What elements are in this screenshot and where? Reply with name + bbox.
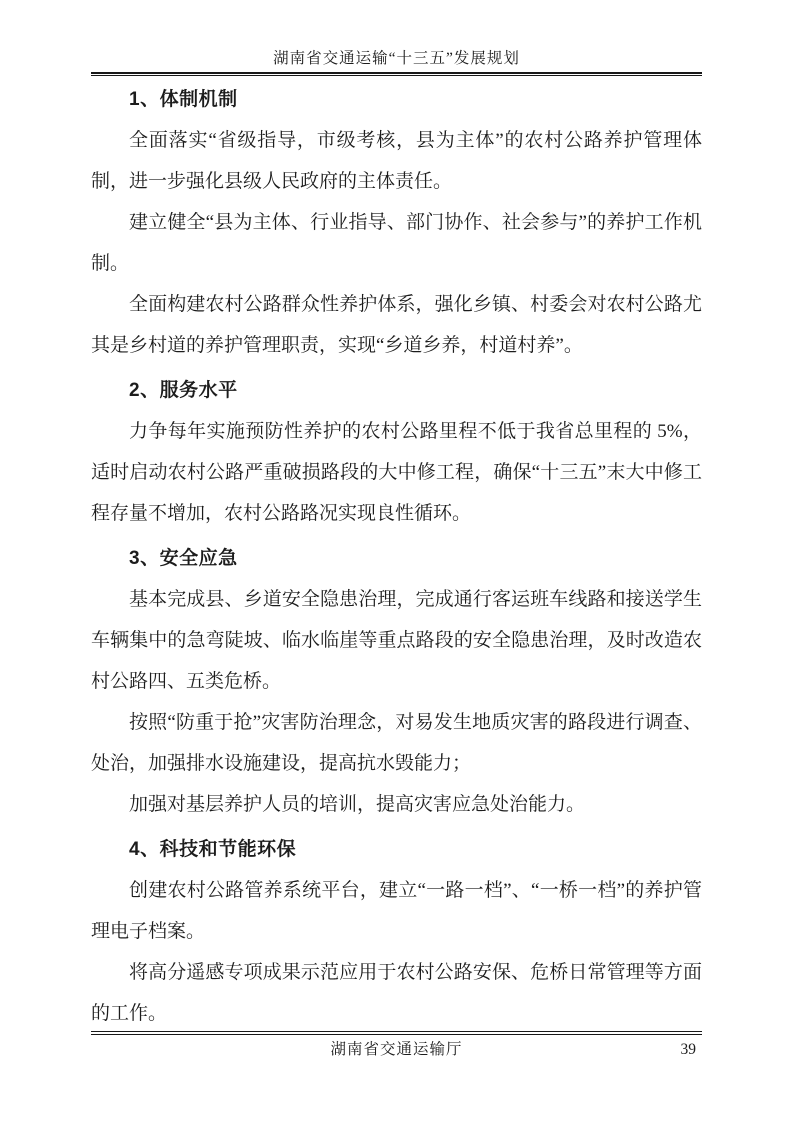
header-title: 湖南省交通运输“十三五”发展规划 bbox=[91, 49, 702, 68]
section-heading: 2、服务水平 bbox=[91, 370, 702, 411]
body-paragraph: 按照“防重于抢”灾害防治理念，对易发生地质灾害的路段进行调查、处治，加强排水设施… bbox=[91, 702, 702, 784]
body-paragraph: 创建农村公路管养系统平台，建立“一路一档”、“一桥一档”的养护管理电子档案。 bbox=[91, 870, 702, 952]
body-paragraph: 建立健全“县为主体、行业指导、部门协作、社会参与”的养护工作机制。 bbox=[91, 202, 702, 284]
body-paragraph: 力争每年实施预防性养护的农村公路里程不低于我省总里程的 5%，适时启动农村公路严… bbox=[91, 411, 702, 534]
header-rule bbox=[91, 72, 702, 76]
body-paragraph: 全面构建农村公路群众性养护体系，强化乡镇、村委会对农村公路尤其是乡村道的养护管理… bbox=[91, 284, 702, 366]
document-page: 湖南省交通运输“十三五”发展规划 1、体制机制 全面落实“省级指导，市级考核，县… bbox=[0, 0, 793, 1122]
document-body: 1、体制机制 全面落实“省级指导，市级考核，县为主体”的农村公路养护管理体制，进… bbox=[91, 79, 702, 1034]
footer-row: 湖南省交通运输厅 39 bbox=[91, 1040, 702, 1060]
page-footer: 湖南省交通运输厅 39 bbox=[91, 1031, 702, 1060]
footer-rule bbox=[91, 1031, 702, 1035]
body-paragraph: 加强对基层养护人员的培训，提高灾害应急处治能力。 bbox=[91, 784, 702, 825]
footer-department: 湖南省交通运输厅 bbox=[91, 1040, 702, 1060]
body-paragraph: 将高分遥感专项成果示范应用于农村公路安保、危桥日常管理等方面的工作。 bbox=[91, 952, 702, 1034]
page-header: 湖南省交通运输“十三五”发展规划 bbox=[91, 0, 702, 76]
section-heading: 4、科技和节能环保 bbox=[91, 829, 702, 870]
page-number: 39 bbox=[681, 1040, 697, 1060]
section-heading: 3、安全应急 bbox=[91, 538, 702, 579]
body-paragraph: 全面落实“省级指导，市级考核，县为主体”的农村公路养护管理体制，进一步强化县级人… bbox=[91, 120, 702, 202]
body-paragraph: 基本完成县、乡道安全隐患治理，完成通行客运班车线路和接送学生车辆集中的急弯陡坡、… bbox=[91, 579, 702, 702]
section-heading: 1、体制机制 bbox=[91, 79, 702, 120]
